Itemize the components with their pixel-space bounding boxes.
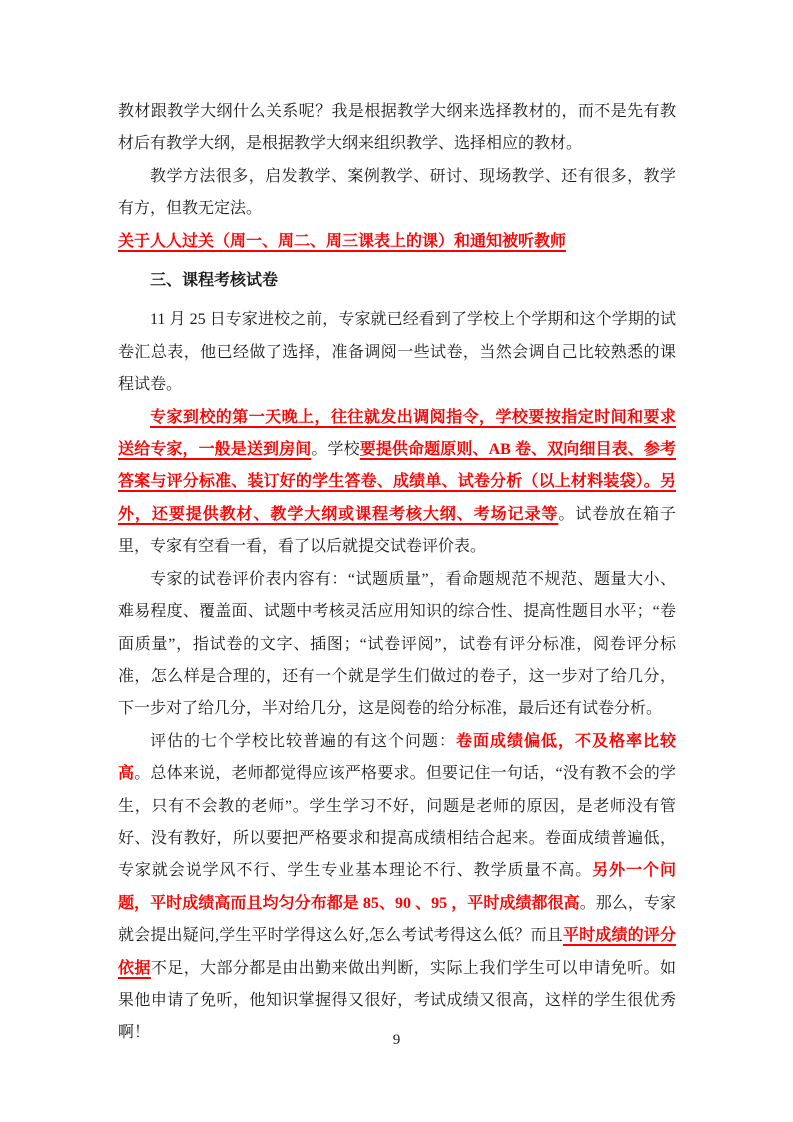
text-run: 教学方法很多，启发教学、案例教学、研讨、现场教学、还有很多，教学有方，但教无定法… — [118, 168, 676, 217]
text-run: 。学校 — [311, 441, 359, 458]
text-run: 评估的七个学校比较普遍的有这个问题： — [150, 733, 456, 750]
paragraph-expert-arrival: 11 月 25 日专家进校之前，专家就已经看到了学校上个学期和这个学期的试卷汇总… — [118, 304, 676, 401]
paragraph-teaching-methods: 教学方法很多，启发教学、案例教学、研讨、现场教学、还有很多，教学有方，但教无定法… — [118, 161, 676, 226]
red-note-line: 关于人人过关（周一、周二、周三课表上的课）和通知被听教师 — [118, 226, 676, 258]
text-run: 专家的试卷评价表内容有：“试题质量”，看命题规范不规范、题量大小、难易程度、覆盖… — [118, 571, 676, 718]
page-number: 9 — [0, 1032, 793, 1049]
text-run: 11 月 25 日专家进校之前，专家就已经看到了学校上个学期和这个学期的试卷汇总… — [118, 311, 676, 393]
document-page: 教材跟教学大纲什么关系呢？我是根据教学大纲来选择教材的，而不是先有教材后有教学大… — [0, 0, 793, 1122]
text-run: 教材跟教学大纲什么关系呢？我是根据教学大纲来选择教材的，而不是先有教材后有教学大… — [118, 103, 676, 152]
document-body: 教材跟教学大纲什么关系呢？我是根据教学大纲来选择教材的，而不是先有教材后有教学大… — [118, 96, 676, 1050]
paragraph-first-night-instructions: 专家到校的第一天晚上，往往就发出调阅指令，学校要按指定时间和要求送给专家，一般是… — [118, 402, 676, 564]
paragraph-evaluation-form-content: 专家的试卷评价表内容有：“试题质量”，看命题规范不规范、题量大小、难易程度、覆盖… — [118, 564, 676, 726]
section-heading: 三、课程考核试卷 — [118, 265, 676, 297]
text-run-red-underline: 关于人人过关（周一、周二、周三课表上的课）和通知被听教师 — [118, 233, 566, 250]
text-run: 不足，大部分都是由出勤来做出判断，实际上我们学生可以申请免听。如果他申请了免听，… — [118, 960, 676, 1042]
paragraph-teaching-materials: 教材跟教学大纲什么关系呢？我是根据教学大纲来选择教材的，而不是先有教材后有教学大… — [118, 96, 676, 161]
heading-text: 三、课程考核试卷 — [150, 272, 278, 289]
paragraph-common-problems: 评估的七个学校比较普遍的有这个问题：卷面成绩偏低，不及格率比较高。总体来说，老师… — [118, 726, 676, 1050]
